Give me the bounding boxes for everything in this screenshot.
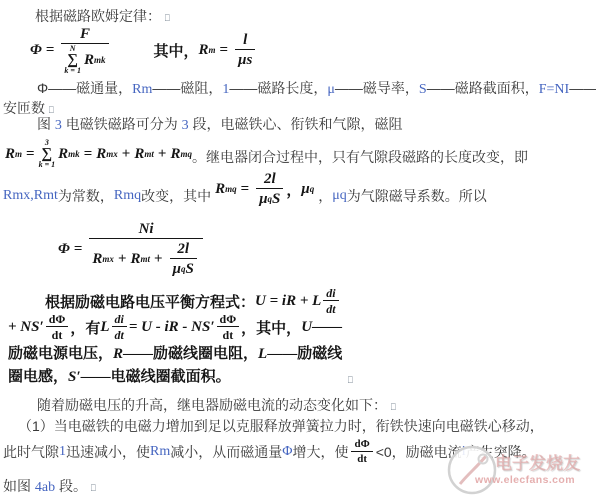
text-run: 为常数， (58, 186, 114, 206)
math-var: μ (259, 190, 267, 208)
text-run: Rmx,Rmt (3, 188, 58, 204)
para-item1: （1）当电磁铁的电磁力增加到足以克服释放弹簧拉力时，衔铁快速向电磁铁心移动， (18, 417, 544, 435)
text-run: 迅速减小，使 (66, 442, 150, 462)
text-run: 增大，使 (292, 442, 348, 462)
math-op: + (118, 250, 127, 268)
text-run: 励磁电源电压， (8, 346, 113, 362)
text-run: 。继电器闭合过程中，只有气隙段磁路的长度改变，即 (192, 147, 528, 167)
summation: N ∑ k = 1 (64, 45, 81, 75)
text-run: 1 (59, 444, 66, 460)
formula-flux-full: Φ = Ni Rmx + Rmt + 2l μqS (58, 220, 206, 278)
paragraph-mark: □ (344, 369, 354, 387)
sum-lower: k = 1 (39, 161, 56, 169)
math-var: μ (301, 181, 309, 198)
math-sub: mq (225, 184, 237, 194)
text-run: 4ab (35, 480, 55, 495)
fraction: 2l μqS (256, 170, 283, 208)
watermark-url: www.elecfans.com (475, 474, 575, 486)
text-run: ，有 (70, 317, 100, 338)
math-sub: mk (68, 149, 80, 159)
math-var: R (131, 250, 141, 268)
math-var: Φ (30, 42, 42, 59)
math-var: S (272, 190, 280, 208)
text-run: 段，电磁铁心、衔铁和气隙，磁阻 (189, 116, 403, 132)
math-den: dt (351, 452, 372, 466)
formula-flux-ohm: Φ = F N ∑ k = 1 Rmk 其中， Rm = l μs (30, 25, 258, 75)
formula-reluctance-sum: Rm = 3 ∑ k = 1 Rmk = Rmx + Rmt + Rmq 。继电… (5, 139, 528, 169)
math-sub: mt (141, 254, 151, 265)
math-sub: mt (144, 149, 154, 159)
sigma-symbol: ∑ (67, 53, 78, 67)
text-run: —— (569, 80, 596, 96)
formula: Rm = 3 ∑ k = 1 Rmk = Rmx + Rmt + Rmq (5, 139, 192, 169)
math-den: dt (217, 327, 240, 342)
scanned-line-voltage-eq-2: + NS′ dΦ dt ，有 L di dt = U - iR - NS′ dΦ… (8, 312, 342, 343)
text-run: ——电磁线圈截面积。 (81, 369, 231, 385)
math-num: 2l (256, 170, 283, 189)
math-var: U (301, 319, 312, 336)
math-sub: mx (102, 254, 114, 265)
text-run: ，其中， (241, 317, 301, 338)
math-op: = (84, 146, 93, 163)
math-sub: m (209, 45, 216, 55)
text-run: 安匝数 (3, 100, 45, 116)
placeholder-glyph: □ (348, 373, 353, 387)
fraction: dΦ dt (217, 312, 240, 343)
placeholder-glyph: □ (391, 400, 396, 414)
math-var: R (199, 42, 209, 59)
scanned-line-voltage-eq-4: 圈电感，S′——电磁线圈截面积。 (8, 368, 231, 388)
math-op: = (46, 42, 55, 59)
math-den: dt (46, 327, 69, 342)
para-symbol-legend: Φ——磁通量，Rm——磁阻，1——磁路长度，μ——磁导率，S——磁路截面积，F=… (37, 79, 596, 99)
math-var: S′ (68, 369, 81, 385)
math-var: μ (173, 260, 181, 278)
text-run: 图 (37, 116, 55, 132)
text-run: 3 (55, 118, 62, 133)
math-num: dΦ (46, 312, 69, 327)
math-punct: ， (286, 179, 301, 200)
text-run: F=NI (539, 82, 569, 97)
text-run: 电磁铁磁路可分为 (62, 116, 182, 132)
math-var: R (113, 346, 123, 362)
sigma-symbol: ∑ (42, 147, 53, 161)
math-num: di (112, 312, 127, 327)
math-num: l (235, 31, 255, 50)
math-var: R (215, 181, 225, 198)
math-var: R (96, 146, 106, 163)
text-run: ， (318, 186, 332, 206)
text-run: （1）当电磁铁的电磁力增加到足以克服释放弹簧拉力时，衔铁快速向电磁铁心移动， (18, 418, 544, 434)
math-op: + (158, 146, 167, 163)
summation: 3 ∑ k = 1 (39, 139, 56, 169)
fraction: dΦ dt (351, 438, 372, 466)
text-run: Φ (282, 444, 292, 460)
math-var: L (100, 319, 109, 336)
math-sub: m (15, 149, 22, 159)
scanned-line-voltage-eq-3: 励磁电源电压，R——励磁线圈电阻，L——励磁线 (8, 345, 342, 365)
math-num: di (323, 286, 338, 301)
text-run: 根据励磁电路电压平衡方程式： (45, 291, 255, 312)
text-run: 改变，其中 (141, 186, 211, 206)
math-op: + (122, 146, 131, 163)
math-op: = (74, 241, 83, 258)
math-sub: mx (106, 149, 118, 159)
math-var: R (58, 146, 68, 163)
text-run: 根据磁路欧姆定律： (35, 8, 161, 24)
para-fig3: 图 3 电磁铁磁路可分为 3 段，电磁铁心、衔铁和气隙，磁阻 (37, 115, 403, 135)
text-run: ——磁导率， (335, 80, 419, 96)
fraction: 2l μqS (170, 240, 197, 278)
text-run: Φ——磁通量， (37, 80, 132, 96)
fraction: F N ∑ k = 1 Rmk (61, 25, 108, 75)
text-run: 此时气隙 (3, 442, 59, 462)
math-sub: mk (94, 55, 106, 66)
text-run: ——磁路长度， (229, 80, 327, 96)
math-den: μs (235, 50, 255, 69)
text-run: 3 (182, 118, 189, 133)
math-var: R (5, 146, 15, 163)
text-run: ——励磁线圈电阻， (123, 346, 258, 362)
math-op: + (154, 250, 163, 268)
para-ohm-law: 根据磁路欧姆定律：□ (35, 7, 171, 25)
fraction: Ni Rmx + Rmt + 2l μqS (89, 220, 202, 278)
math-num: 2l (170, 240, 197, 259)
math-var: R (84, 51, 94, 69)
math-var: U = iR + L (255, 293, 321, 310)
text-run: 减小，从而磁通量 (170, 442, 282, 462)
watermark-brand: 电子发烧友 (495, 449, 580, 474)
fraction: di dt (112, 312, 127, 343)
math-var: R (170, 146, 180, 163)
para-dynamic-change: 随着励磁电压的升高，继电器励磁电流的动态变化如下：□ (37, 396, 397, 414)
text-run: μ (327, 82, 335, 97)
text-run: μq (332, 188, 347, 204)
text-run: Rm (132, 82, 152, 97)
elecfans-logo-icon (446, 444, 498, 496)
fraction: dΦ dt (46, 312, 69, 343)
math-sub: q (310, 184, 315, 194)
math-num: dΦ (351, 438, 372, 452)
math-var: S (185, 260, 193, 278)
math-var: R (92, 250, 102, 268)
text-run: 其中， (154, 40, 199, 61)
math-op: = (241, 181, 250, 198)
math-var: + NS′ (8, 319, 44, 336)
math-num: F (61, 25, 108, 44)
text-run: 随着励磁电压的升高，继电器励磁电流的动态变化如下： (37, 397, 387, 413)
math-sub: mq (180, 149, 192, 159)
text-run: Rm (150, 444, 170, 460)
math-op: = (220, 42, 229, 59)
text-run: 如图 (3, 478, 35, 494)
text-run: 段。 (55, 478, 87, 494)
text-run: —— (312, 319, 342, 336)
text-run: Rmq (114, 188, 141, 204)
math-den: dt (112, 327, 127, 342)
math-var: Φ (58, 241, 70, 258)
math-num: dΦ (217, 312, 240, 327)
document-page: 根据磁路欧姆定律：□ Φ = F N ∑ k = 1 Rmk 其中， Rm = … (0, 0, 596, 498)
para-constants: Rmx,Rmt 为常数， Rmq 改变，其中 Rmq = 2l μqS ， μq… (3, 177, 487, 215)
placeholder-glyph: □ (165, 11, 170, 25)
text-run: S (419, 82, 427, 97)
text-run: ——磁路截面积， (427, 80, 539, 96)
placeholder-glyph: □ (91, 481, 96, 495)
text-run: 为气隙磁导系数。所以 (347, 186, 487, 206)
sum-lower: k = 1 (64, 67, 81, 75)
math-num: Ni (89, 220, 202, 239)
para-fig4: 如图 4ab 段。□ (3, 477, 97, 497)
text-run: 圈电感， (8, 369, 68, 385)
text-run: ——励磁线 (267, 346, 342, 362)
math-var: = U - iR - NS′ (129, 319, 215, 336)
math-var: R (134, 146, 144, 163)
math-var: L (258, 346, 267, 362)
fraction: l μs (235, 31, 255, 69)
text-run: ——磁阻， (152, 80, 222, 96)
math-op: = (26, 146, 35, 163)
formula-airgap-reluctance: Rmq = 2l μqS ， μq (215, 170, 314, 208)
